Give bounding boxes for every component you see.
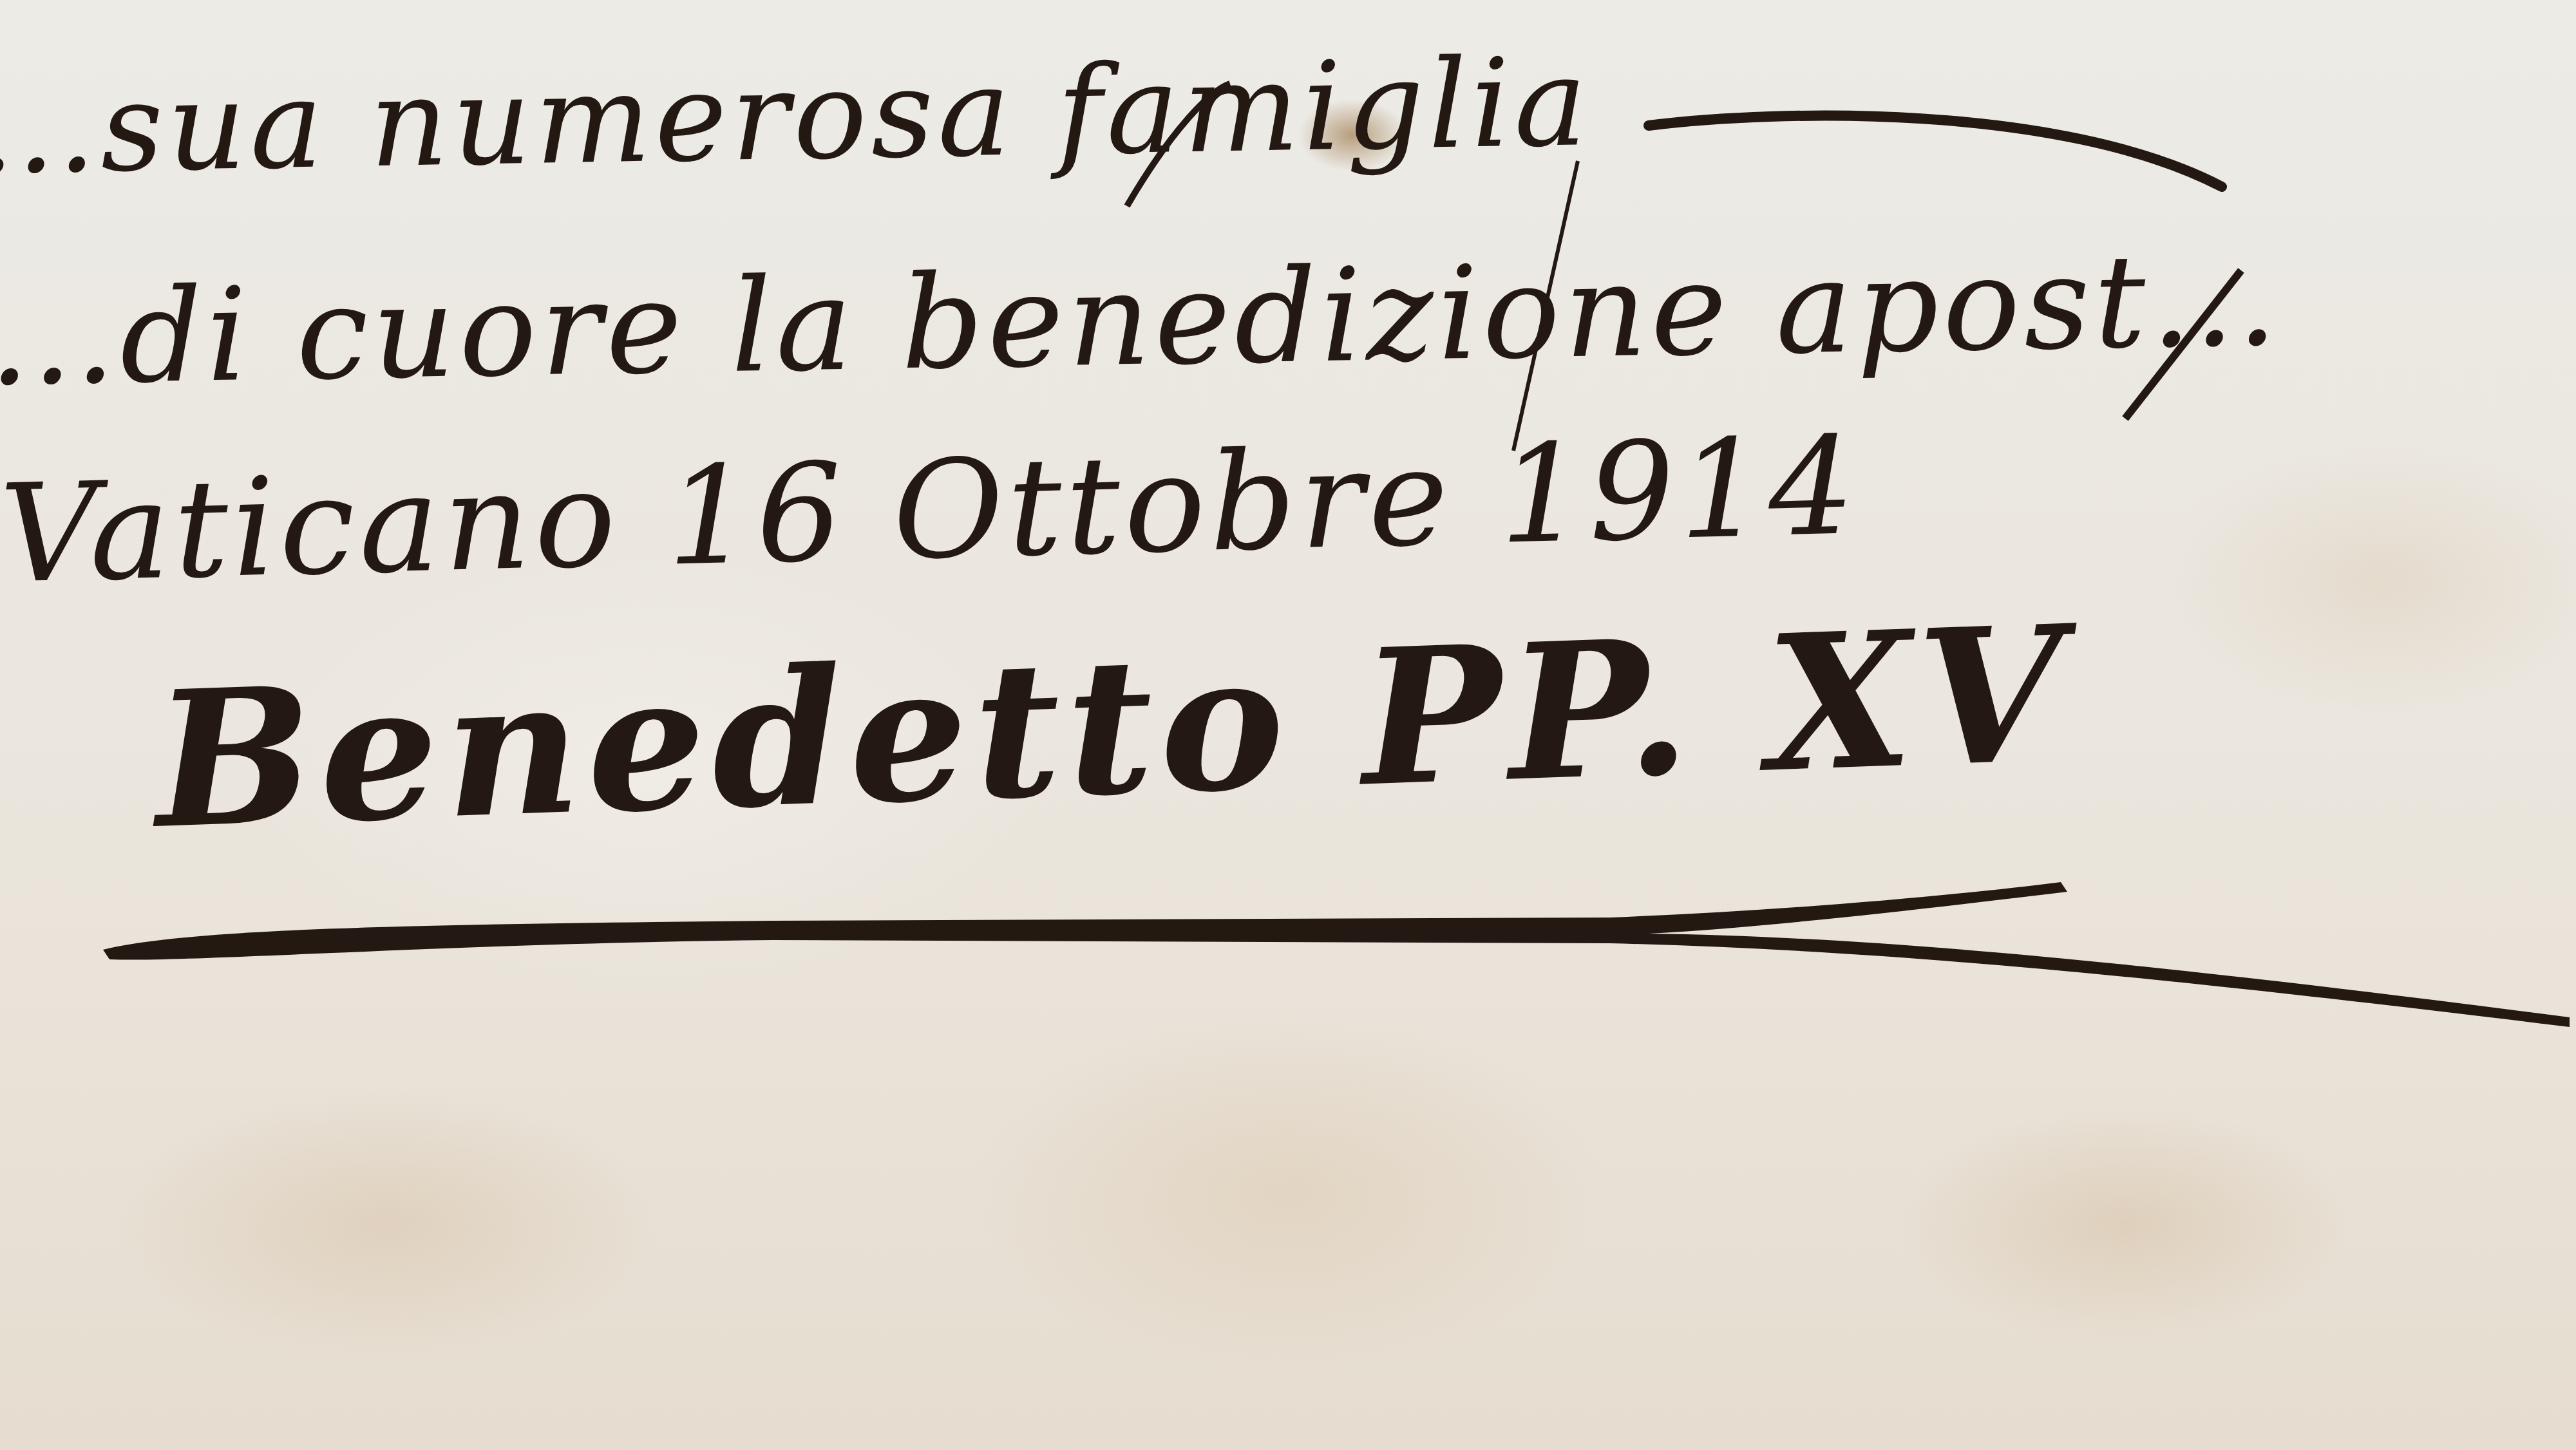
letter-line-1: …sua numerosa famiglia: [0, 31, 1592, 202]
